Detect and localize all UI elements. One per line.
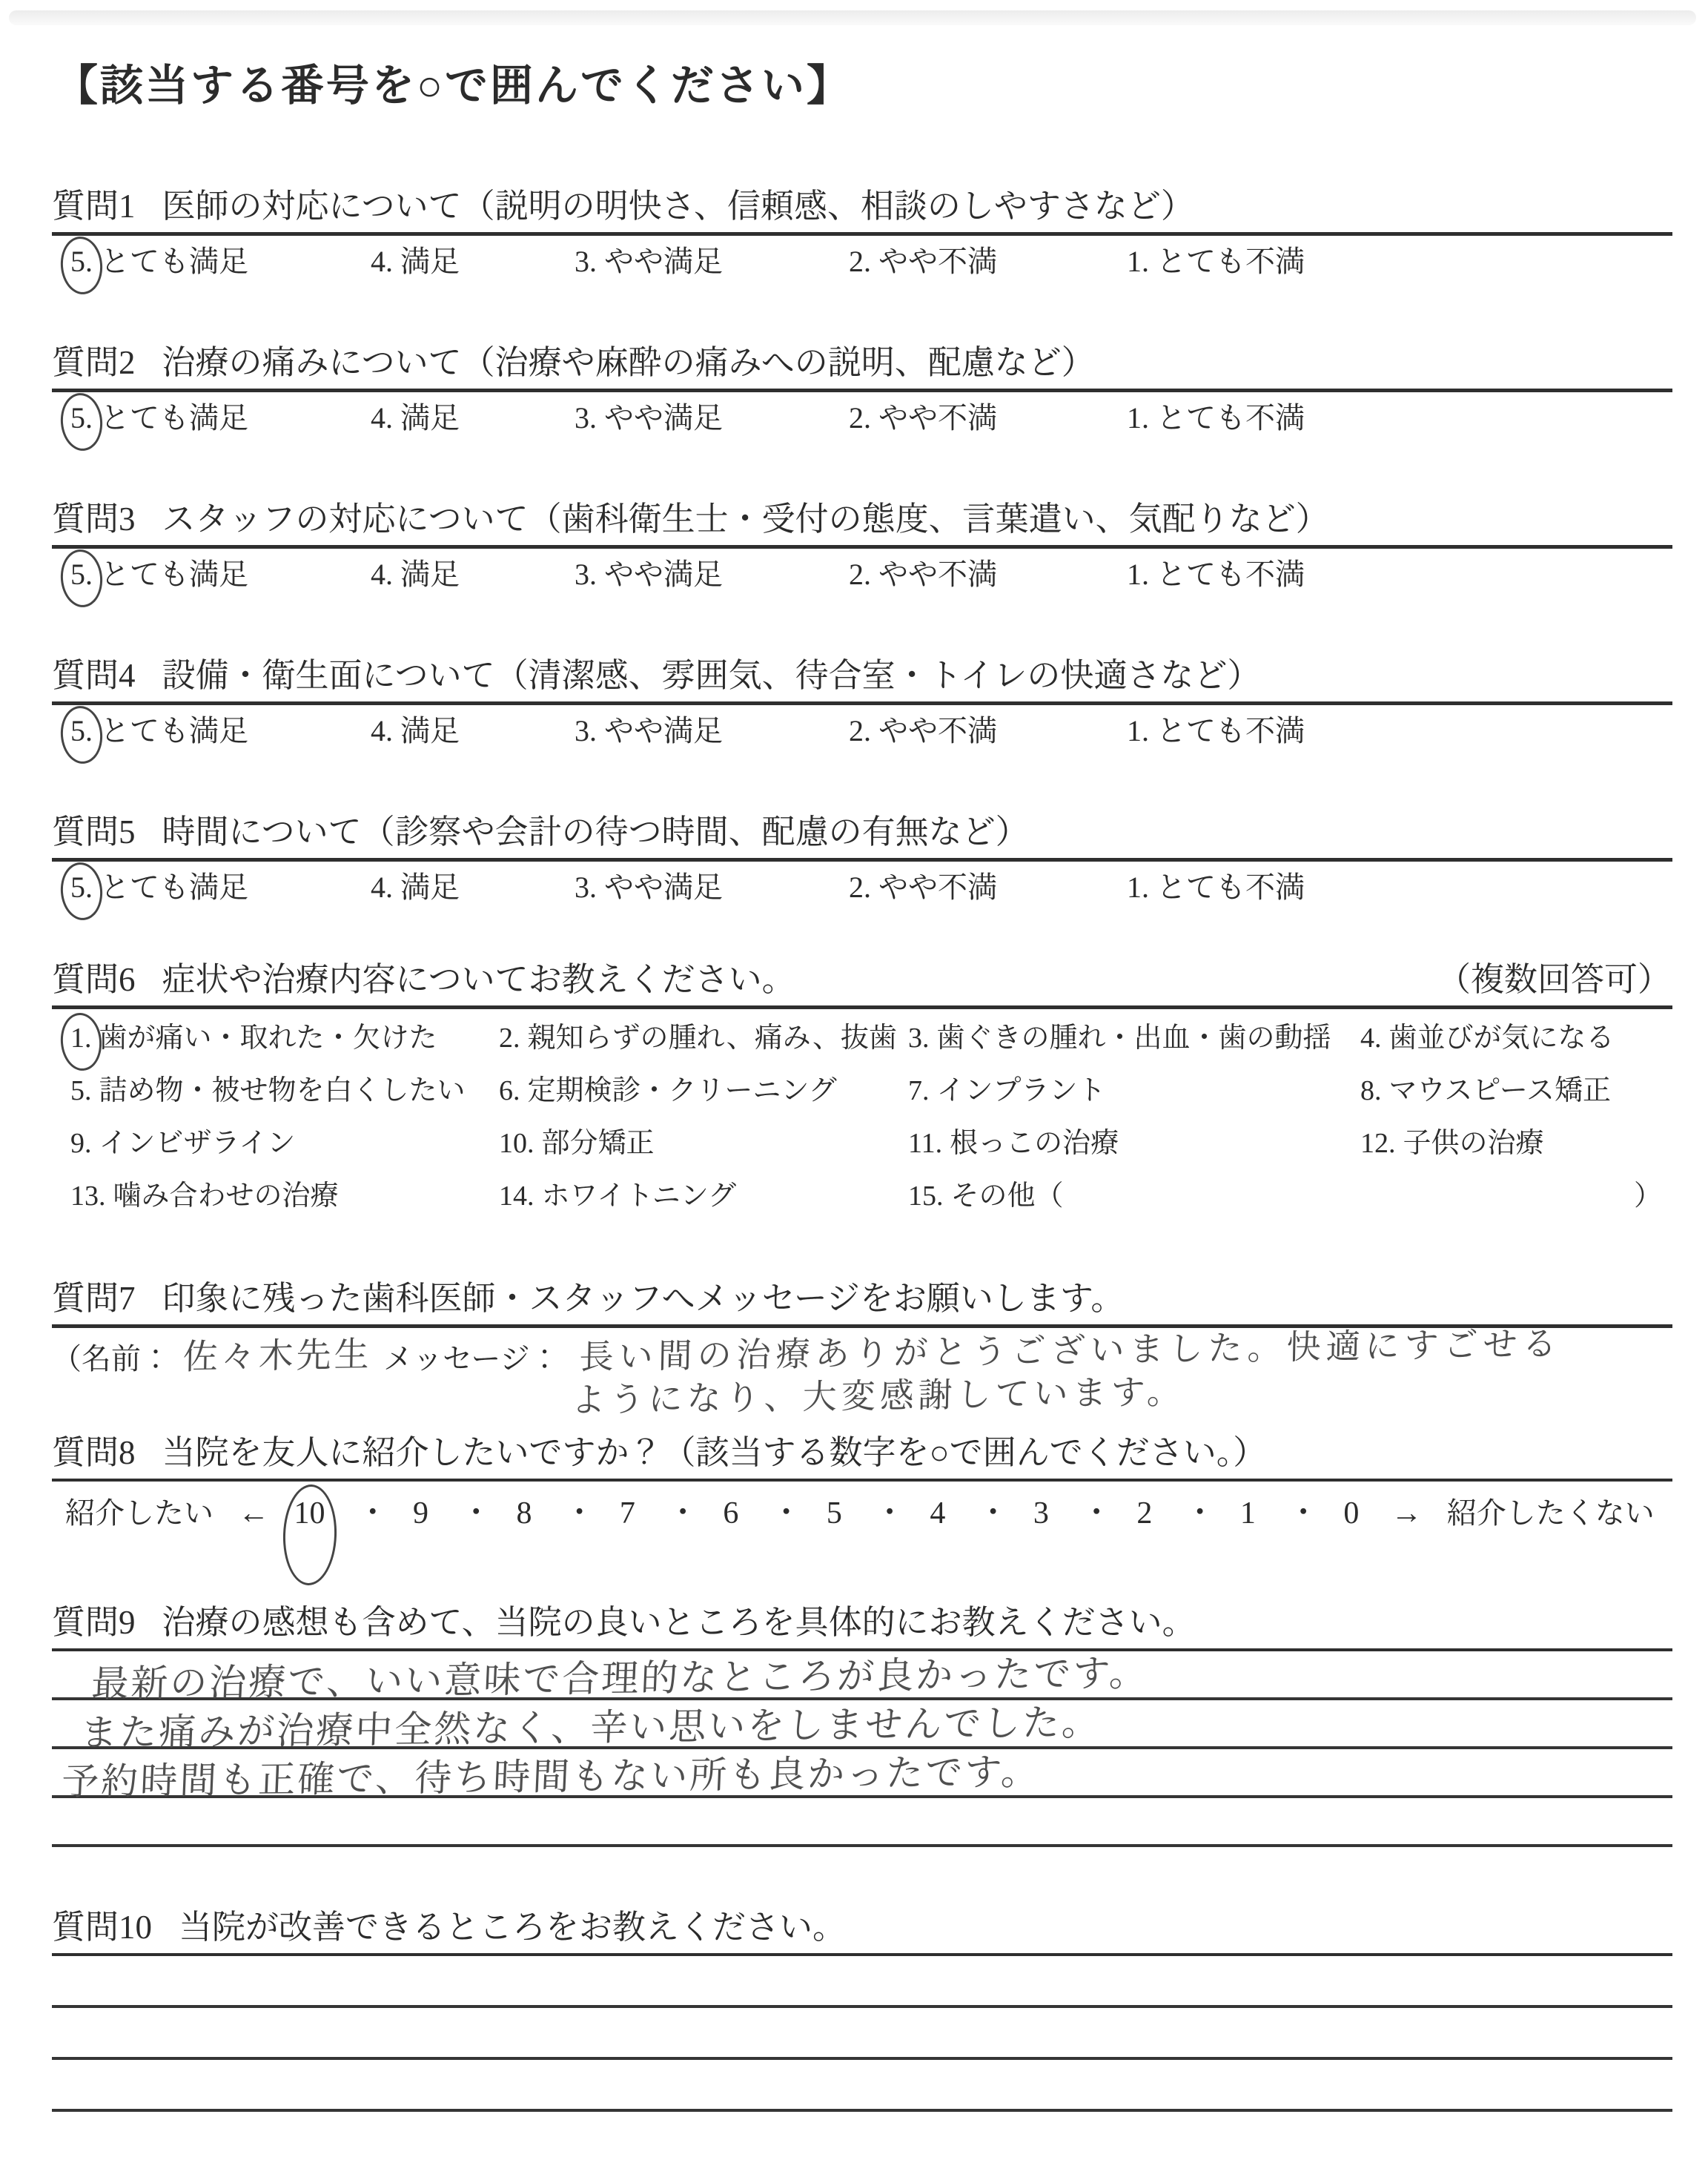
divider	[52, 858, 1672, 862]
other-close-paren: ）	[1360, 1178, 1672, 1215]
option-number: 6.	[499, 1072, 520, 1109]
arrow-left-icon: ←	[238, 1493, 269, 1533]
option-number: 1.	[1127, 869, 1149, 906]
options-row: 5.とても満足 4.満足 3.やや満足 2.やや不満 1.とても不満	[52, 869, 1672, 906]
question-label: 質問4	[52, 653, 136, 698]
option: 1.とても不満	[1127, 243, 1305, 280]
option-number: 4.	[371, 869, 393, 906]
option-number: 12.	[1360, 1125, 1396, 1162]
option-number: 15.	[908, 1178, 944, 1215]
option-label: やや不満	[878, 558, 997, 591]
question-block-3: 質問3 スタッフの対応について（歯科衛生士・受付の態度、言葉遣い、気配りなど） …	[52, 497, 1672, 593]
option-number: 5.	[70, 713, 93, 750]
option: 3.やや満足	[575, 713, 849, 750]
scale-number: 4	[930, 1493, 945, 1533]
option-label: やや満足	[604, 558, 723, 591]
scale-number: 7	[620, 1493, 635, 1533]
question-label: 質問3	[52, 497, 136, 541]
option-label: 満足	[400, 401, 460, 435]
scale-separator: ・	[874, 1493, 905, 1533]
option-label: とても不満	[1156, 714, 1305, 747]
scale-number: 5	[827, 1493, 842, 1533]
option-label: 詰め物・被せ物を白くしたい	[99, 1075, 466, 1106]
question-block-6: 質問6 症状や治療内容についてお教えください。 （複数回答可） 1.歯が痛い・取…	[52, 957, 1672, 1215]
option-number: 5.	[70, 869, 93, 906]
option-label: インビザライン	[99, 1128, 296, 1159]
divider	[52, 545, 1672, 549]
question-title: 治療の感想も含めて、当院の良いところを具体的にお教えください。	[162, 1600, 1196, 1645]
option: 5.とても満足	[70, 869, 371, 906]
recommend-scale-row: 紹介したい ← 10 ・ 9 ・ 8 ・ 7 ・ 6 ・ 5 ・ 4 ・ 3 ・…	[52, 1493, 1672, 1533]
question-block-2: 質問2 治療の痛みについて（治療や麻酔の痛みへの説明、配慮など） 5.とても満足…	[52, 340, 1672, 437]
option: 3.やや満足	[575, 869, 849, 906]
option-number: 3.	[908, 1020, 930, 1057]
option: 6.定期検診・クリーニング	[499, 1072, 908, 1109]
question-title: 当院を友人に紹介したいですか？（該当する数字を○で囲んでください。）	[162, 1430, 1267, 1475]
scale-separator: ・	[771, 1493, 802, 1533]
option-number: 5.	[70, 556, 93, 593]
option-number: 1.	[1127, 713, 1149, 750]
option-label: 噛み合わせの治療	[113, 1180, 339, 1212]
arrow-right-icon: →	[1391, 1493, 1423, 1533]
option-label: 歯ぐきの腫れ・出血・歯の動揺	[937, 1023, 1331, 1054]
question-block-5: 質問5 時間について（診察や会計の待つ時間、配慮の有無など） 5.とても満足 4…	[52, 810, 1672, 906]
message-area: （名前： 佐々木先生 メッセージ： 長い間の治療ありがとうございました。快適にす…	[52, 1334, 1672, 1424]
option-label: 満足	[400, 871, 460, 904]
scale-separator: ・	[357, 1493, 388, 1533]
scale-number: 9	[413, 1493, 428, 1533]
option: 1.歯が痛い・取れた・欠けた	[70, 1020, 499, 1057]
option: 1.とても不満	[1127, 556, 1305, 593]
option-label: やや不満	[878, 714, 997, 747]
option: 3.やや満足	[575, 400, 849, 437]
name-label: （名前：	[52, 1335, 171, 1383]
option: 4.歯並びが気になる	[1360, 1020, 1672, 1057]
option: 3.歯ぐきの腫れ・出血・歯の動揺	[908, 1020, 1360, 1057]
option-label: とても満足	[100, 871, 248, 904]
option: 2.親知らずの腫れ、痛み、抜歯	[499, 1020, 908, 1057]
scale-separator: ・	[460, 1493, 491, 1533]
option-number: 5.	[70, 1072, 92, 1109]
question-label: 質問1	[52, 184, 136, 228]
option-number: 2.	[499, 1020, 520, 1057]
scale-separator: ・	[667, 1493, 698, 1533]
option-label: ホワイトニング	[542, 1180, 737, 1212]
option-number: 2.	[849, 556, 871, 593]
option-number: 1.	[70, 1020, 92, 1057]
option-number: 4.	[371, 400, 393, 437]
question-header: 質問8 当院を友人に紹介したいですか？（該当する数字を○で囲んでください。）	[52, 1430, 1672, 1475]
answer-line	[52, 1798, 1672, 1847]
question-title: 設備・衛生面について（清潔感、雰囲気、待合室・トイレの快適さなど）	[162, 653, 1261, 698]
option-number: 1.	[1127, 243, 1149, 280]
option-label: とても満足	[100, 714, 248, 747]
question-label: 質問10	[52, 1905, 152, 1949]
question-title: 当院が改善できるところをお教えください。	[179, 1905, 846, 1949]
option: 2.やや不満	[849, 243, 1127, 280]
options-row: 5.とても満足 4.満足 3.やや満足 2.やや不満 1.とても不満	[52, 556, 1672, 593]
option-number: 14.	[499, 1178, 534, 1215]
answer-line	[52, 2060, 1672, 2112]
option-number: 10.	[499, 1125, 534, 1162]
option-label: 親知らずの腫れ、痛み、抜歯	[528, 1023, 898, 1054]
divider	[52, 1479, 1672, 1482]
option: 8.マウスピース矯正	[1360, 1072, 1672, 1109]
question-header: 質問2 治療の痛みについて（治療や麻酔の痛みへの説明、配慮など）	[52, 340, 1672, 385]
answer-line: また痛みが治療中全然なく、辛い思いをしませんでした。	[52, 1700, 1672, 1749]
option-number: 11.	[908, 1125, 942, 1162]
option-label: やや不満	[878, 245, 997, 278]
scale-separator: ・	[564, 1493, 595, 1533]
option-number: 5.	[70, 400, 93, 437]
question-title: 印象に残った歯科医師・スタッフへメッセージをお願いします。	[162, 1276, 1125, 1321]
option-label: 定期検診・クリーニング	[528, 1075, 837, 1106]
question-label: 質問7	[52, 1276, 136, 1321]
option: 1.とても不満	[1127, 869, 1305, 906]
option-label: やや満足	[604, 871, 723, 904]
option-number: 5.	[70, 243, 93, 280]
option-label: とても不満	[1156, 558, 1305, 591]
option-label: 子供の治療	[1403, 1128, 1544, 1159]
form-content: 【該当する番号を○で囲んでください】 質問1 医師の対応について（説明の明快さ、…	[52, 0, 1672, 2160]
answer-line: 予約時間も正確で、待ち時間もない所も良かったです。	[52, 1749, 1672, 1798]
question-block-10: 質問10 当院が改善できるところをお教えください。	[52, 1905, 1672, 2160]
option-number: 1.	[1127, 556, 1149, 593]
option: 12.子供の治療	[1360, 1125, 1672, 1162]
option: 4.満足	[371, 400, 575, 437]
option-number: 4.	[1360, 1020, 1382, 1057]
divider	[52, 389, 1672, 392]
question-title: 時間について（診察や会計の待つ時間、配慮の有無など）	[162, 810, 1029, 854]
option-label: やや不満	[878, 871, 997, 904]
question-block-8: 質問8 当院を友人に紹介したいですか？（該当する数字を○で囲んでください。） 紹…	[52, 1430, 1672, 1533]
option: 3.やや満足	[575, 243, 849, 280]
scale-number: 1	[1240, 1493, 1256, 1533]
option: 5.とても満足	[70, 556, 371, 593]
option-label: 満足	[400, 714, 460, 747]
question-block-9: 質問9 治療の感想も含めて、当院の良いところを具体的にお教えください。 最新の治…	[52, 1600, 1672, 1847]
answer-line	[52, 2008, 1672, 2060]
option-number: 8.	[1360, 1072, 1382, 1109]
option-number: 9.	[70, 1125, 92, 1162]
question-header: 質問9 治療の感想も含めて、当院の良いところを具体的にお教えください。	[52, 1600, 1672, 1645]
option: 10.部分矯正	[499, 1125, 908, 1162]
option: 5.詰め物・被せ物を白くしたい	[70, 1072, 499, 1109]
question-block-1: 質問1 医師の対応について（説明の明快さ、信頼感、相談のしやすさなど） 5.とて…	[52, 184, 1672, 280]
option: 2.やや不満	[849, 713, 1127, 750]
message-label: メッセージ：	[383, 1335, 560, 1383]
scale-number: 10	[294, 1493, 325, 1533]
option: 5.とても満足	[70, 243, 371, 280]
option-label: 歯並びが気になる	[1389, 1023, 1615, 1054]
question-label: 質問6	[52, 957, 136, 1002]
option-number: 13.	[70, 1178, 106, 1215]
scale-right-label: 紹介したくない	[1447, 1493, 1655, 1533]
question-header: 質問10 当院が改善できるところをお教えください。	[52, 1905, 1672, 1949]
question-header: 質問4 設備・衛生面について（清潔感、雰囲気、待合室・トイレの快適さなど）	[52, 653, 1672, 698]
option-number: 3.	[575, 243, 597, 280]
option-number: 3.	[575, 556, 597, 593]
option: 13.噛み合わせの治療	[70, 1178, 499, 1215]
option-label: 根っこの治療	[950, 1128, 1119, 1159]
question-label: 質問5	[52, 810, 136, 854]
option-label: インプラント	[937, 1075, 1106, 1106]
question-label: 質問2	[52, 340, 136, 385]
option-label: その他（	[951, 1180, 1064, 1212]
option: 2.やや不満	[849, 869, 1127, 906]
option-label: とても不満	[1156, 871, 1305, 904]
option: 2.やや不満	[849, 400, 1127, 437]
option-label: とても不満	[1156, 245, 1305, 278]
question-label: 質問8	[52, 1430, 136, 1475]
options-row: 5.とても満足 4.満足 3.やや満足 2.やや不満 1.とても不満	[52, 400, 1672, 437]
question-header: 質問7 印象に残った歯科医師・スタッフへメッセージをお願いします。	[52, 1276, 1672, 1321]
answer-line: 最新の治療で、いい意味で合理的なところが良かったです。	[52, 1651, 1672, 1700]
question-title: 医師の対応について（説明の明快さ、信頼感、相談のしやすさなど）	[162, 184, 1194, 228]
scale-number: 0	[1343, 1493, 1359, 1533]
option: 1.とても不満	[1127, 713, 1305, 750]
question-title: 症状や治療内容についてお教えください。	[162, 957, 795, 1002]
option: 2.やや不満	[849, 556, 1127, 593]
option: 4.満足	[371, 869, 575, 906]
option-number: 3.	[575, 869, 597, 906]
symptom-options-grid: 1.歯が痛い・取れた・欠けた 2.親知らずの腫れ、痛み、抜歯 3.歯ぐきの腫れ・…	[52, 1020, 1672, 1215]
question-header: 質問3 スタッフの対応について（歯科衛生士・受付の態度、言葉遣い、気配りなど）	[52, 497, 1672, 541]
option: 7.インプラント	[908, 1072, 1360, 1109]
option: 4.満足	[371, 243, 575, 280]
option-label: マウスピース矯正	[1389, 1075, 1611, 1106]
option-label: 満足	[400, 558, 460, 591]
answer-line	[52, 2112, 1672, 2160]
option: 1.とても不満	[1127, 400, 1305, 437]
option-number: 3.	[575, 713, 597, 750]
option-label: やや不満	[878, 401, 997, 435]
divider	[52, 232, 1672, 236]
option-label: とても不満	[1156, 401, 1305, 435]
scale-separator: ・	[1081, 1493, 1112, 1533]
option: 3.やや満足	[575, 556, 849, 593]
handwritten-message-line-2: ようになり、大変感謝しています。	[571, 1368, 1186, 1424]
question-title: 治療の痛みについて（治療や麻酔の痛みへの説明、配慮など）	[162, 340, 1095, 385]
multi-answer-note: （複数回答可）	[1437, 957, 1671, 1002]
question-block-7: 質問7 印象に残った歯科医師・スタッフへメッセージをお願いします。 （名前： 佐…	[52, 1276, 1672, 1424]
scale-left-label: 紹介したい	[65, 1493, 213, 1533]
option: 15.その他（	[908, 1178, 1360, 1215]
option-label: やや満足	[604, 401, 723, 435]
options-row: 5.とても満足 4.満足 3.やや満足 2.やや不満 1.とても不満	[52, 243, 1672, 280]
option-label: 部分矯正	[542, 1128, 655, 1159]
form-title: 【該当する番号を○で囲んでください】	[55, 62, 1672, 110]
scale-number: 3	[1033, 1493, 1049, 1533]
scale-separator: ・	[1185, 1493, 1216, 1533]
question-block-4: 質問4 設備・衛生面について（清潔感、雰囲気、待合室・トイレの快適さなど） 5.…	[52, 653, 1672, 750]
question-label: 質問9	[52, 1600, 136, 1645]
question-title: スタッフの対応について（歯科衛生士・受付の態度、言葉遣い、気配りなど）	[162, 497, 1329, 541]
option-number: 4.	[371, 243, 393, 280]
option-number: 4.	[371, 556, 393, 593]
option-label: 歯が痛い・取れた・欠けた	[99, 1023, 437, 1054]
option-number: 1.	[1127, 400, 1149, 437]
question-header: 質問6 症状や治療内容についてお教えください。 （複数回答可）	[52, 957, 1672, 1002]
option: 5.とても満足	[70, 713, 371, 750]
option-label: とても満足	[100, 245, 248, 278]
scale-separator: ・	[1288, 1493, 1319, 1533]
options-row: 5.とても満足 4.満足 3.やや満足 2.やや不満 1.とても不満	[52, 713, 1672, 750]
handwritten-name: 佐々木先生	[182, 1331, 372, 1381]
question-header: 質問5 時間について（診察や会計の待つ時間、配慮の有無など）	[52, 810, 1672, 854]
answer-line	[52, 1956, 1672, 2008]
survey-page: 【該当する番号を○で囲んでください】 質問1 医師の対応について（説明の明快さ、…	[0, 0, 1708, 2160]
divider	[52, 701, 1672, 705]
option-number: 2.	[849, 869, 871, 906]
option-number: 7.	[908, 1072, 930, 1109]
option-label: やや満足	[604, 245, 723, 278]
divider	[52, 1005, 1672, 1009]
option: 5.とても満足	[70, 400, 371, 437]
scale-number: 6	[723, 1493, 738, 1533]
option-number: 4.	[371, 713, 393, 750]
option-number: 2.	[849, 713, 871, 750]
option-label: とても満足	[100, 401, 248, 435]
option: 4.満足	[371, 713, 575, 750]
handwritten-line-3: 予約時間も正確で、待ち時間もない所も良かったです。	[61, 1742, 1042, 1806]
option: 14.ホワイトニング	[499, 1178, 908, 1215]
option-label: やや満足	[604, 714, 723, 747]
option-number: 2.	[849, 400, 871, 437]
scale-number: 8	[516, 1493, 532, 1533]
question-header: 質問1 医師の対応について（説明の明快さ、信頼感、相談のしやすさなど）	[52, 184, 1672, 228]
option-label: とても満足	[100, 558, 248, 591]
option: 4.満足	[371, 556, 575, 593]
option: 11.根っこの治療	[908, 1125, 1360, 1162]
option-label: 満足	[400, 245, 460, 278]
option: 9.インビザライン	[70, 1125, 499, 1162]
option-number: 3.	[575, 400, 597, 437]
option-number: 2.	[849, 243, 871, 280]
scale-number: 2	[1136, 1493, 1152, 1533]
scale-separator: ・	[978, 1493, 1009, 1533]
